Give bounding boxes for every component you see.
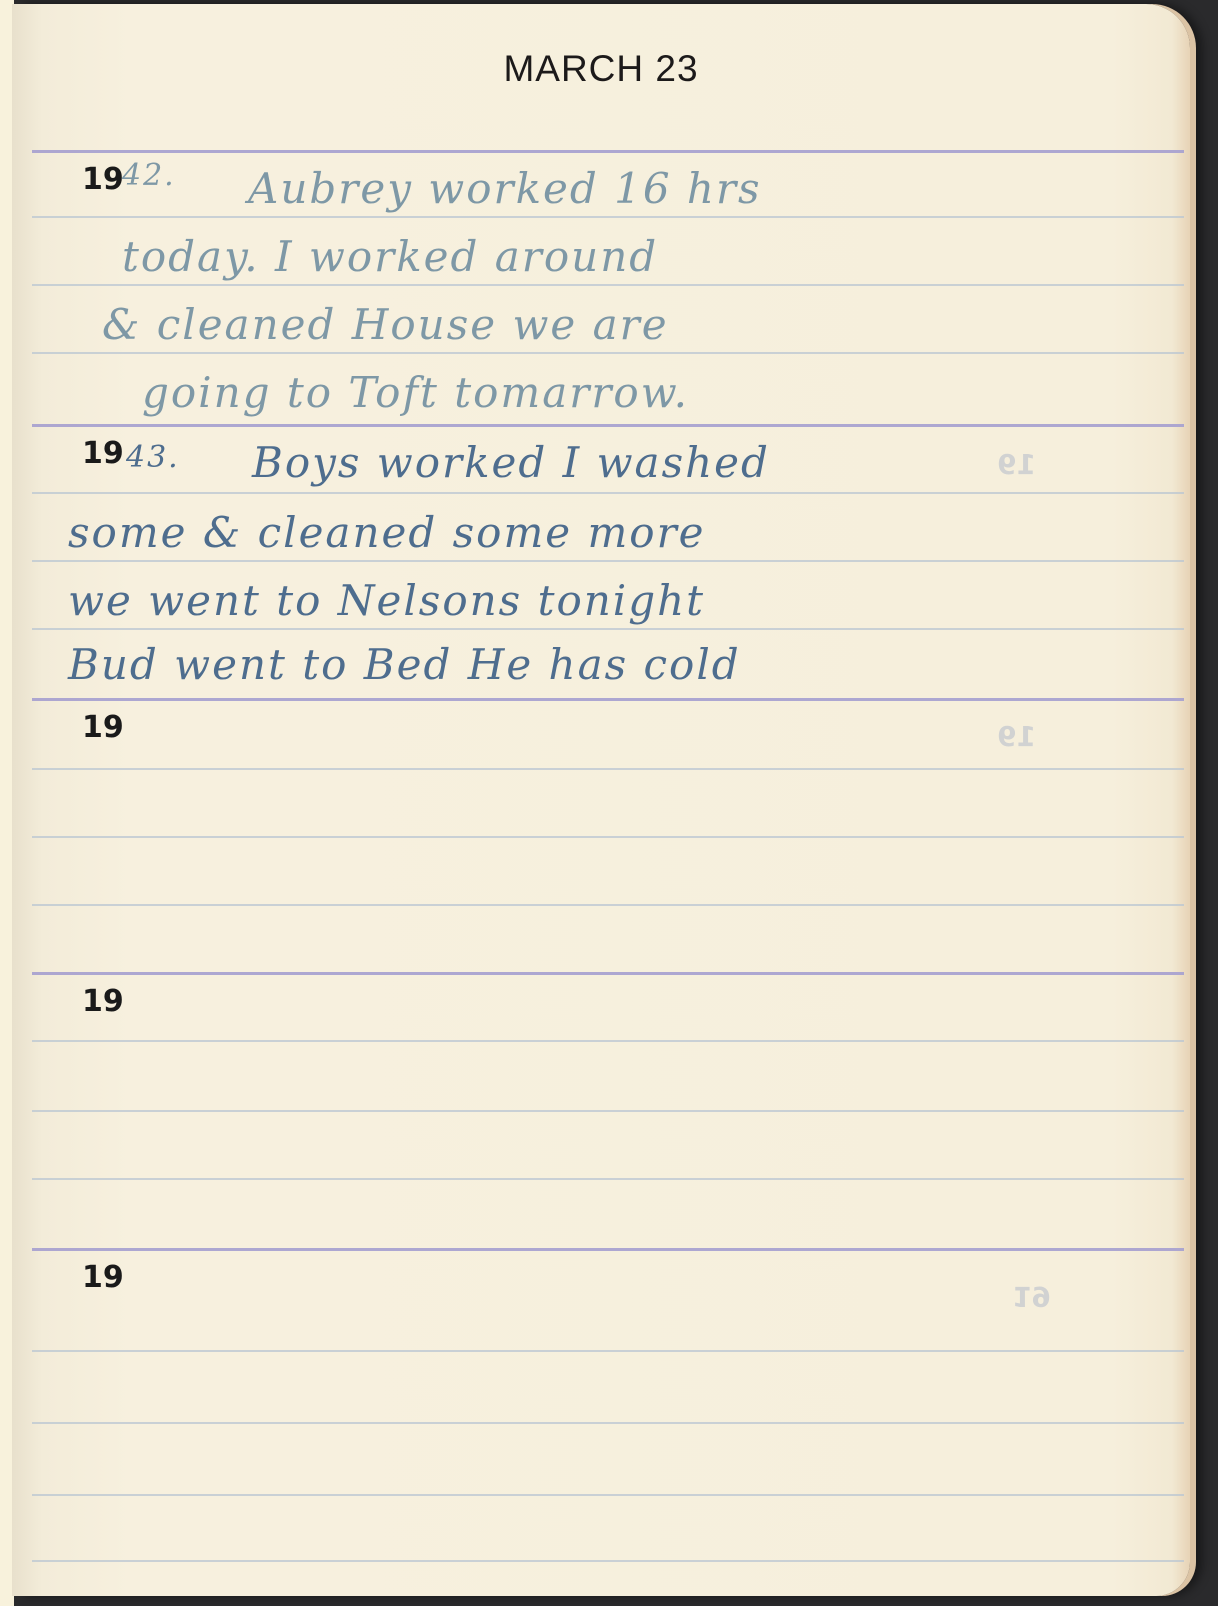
handwritten-line: some & cleaned some more <box>68 508 706 557</box>
handwritten-line: Bud went to Bed He has cold <box>68 640 741 689</box>
section-rule <box>32 698 1184 701</box>
ruled-line <box>32 628 1184 630</box>
handwritten-line: Aubrey worked 16 hrs <box>248 164 762 213</box>
ruled-line <box>32 1494 1184 1496</box>
page-date-heading: MARCH 23 <box>12 48 1190 90</box>
ruled-line <box>32 560 1184 562</box>
year-prefix: 19 <box>82 162 124 197</box>
bleed-through-year: 19 <box>997 720 1036 753</box>
year-prefix: 19 <box>82 436 124 471</box>
section-rule <box>32 1248 1184 1251</box>
ruled-line <box>32 1560 1184 1562</box>
ruled-line <box>32 492 1184 494</box>
ruled-line <box>32 904 1184 906</box>
bleed-through-year: 19 <box>997 448 1036 481</box>
ruled-line <box>32 1178 1184 1180</box>
section-rule <box>32 972 1184 975</box>
bleed-through-year: 19 <box>1012 1280 1051 1313</box>
year-prefix-empty-entry: 19 <box>82 1260 124 1295</box>
section-rule <box>32 424 1184 427</box>
year-prefix-empty-entry: 19 <box>82 984 124 1019</box>
handwritten-line: today. I worked around <box>122 232 658 281</box>
handwritten-line: we went to Nelsons tonight <box>68 576 705 625</box>
ruled-line <box>32 284 1184 286</box>
year-prefix-empty-entry: 19 <box>82 710 124 745</box>
handwritten-line: going to Toft tomarrow. <box>142 368 689 417</box>
year-suffix: 43. <box>126 440 180 475</box>
ruled-line <box>32 768 1184 770</box>
ruled-line <box>32 1110 1184 1112</box>
handwritten-line: Boys worked I washed <box>252 438 770 487</box>
ruled-line <box>32 1040 1184 1042</box>
handwritten-line: & cleaned House we are <box>102 300 669 349</box>
ruled-line <box>32 1422 1184 1424</box>
ruled-line <box>32 836 1184 838</box>
diary-page: MARCH 23 19 19 19 19 42. Aubrey worked 1… <box>12 4 1190 1596</box>
ruled-line <box>32 1350 1184 1352</box>
section-rule <box>32 150 1184 153</box>
ruled-line <box>32 352 1184 354</box>
ruled-line <box>32 216 1184 218</box>
year-suffix: 42. <box>122 158 176 193</box>
